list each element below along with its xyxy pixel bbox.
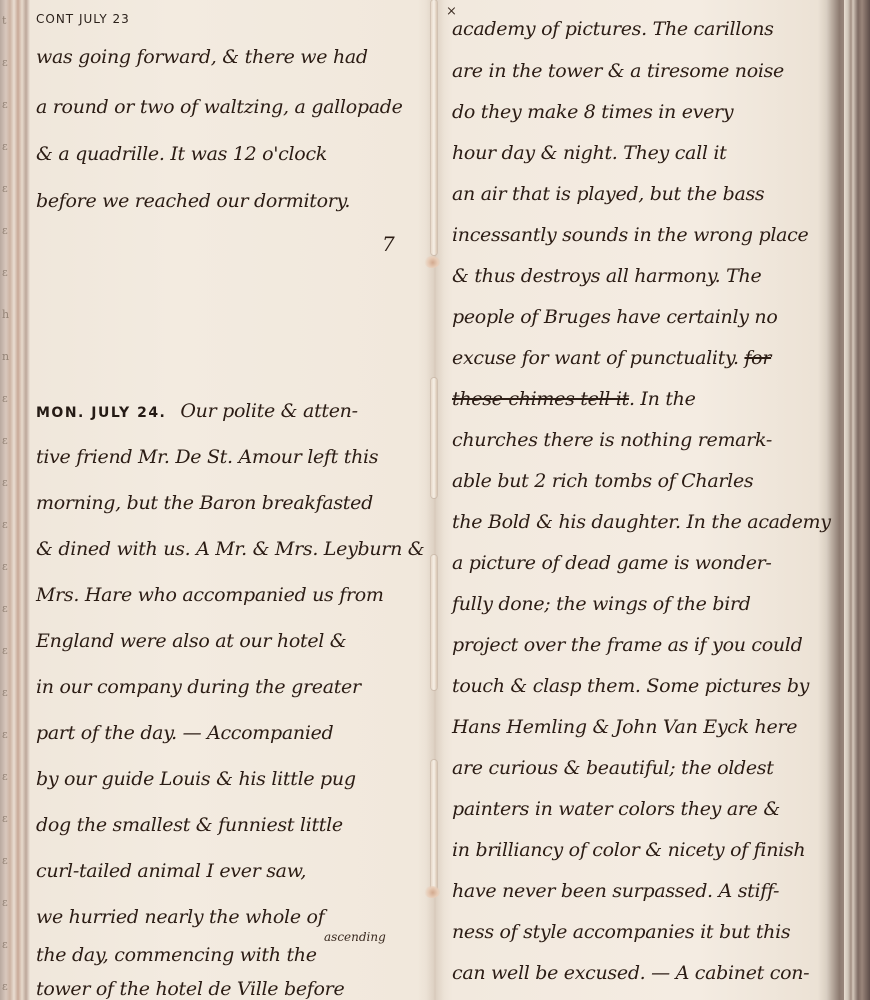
binding-thread [431, 0, 437, 255]
text-line: churches there is nothing remark- [452, 429, 772, 451]
text-line: the day, commencing with the [36, 944, 317, 966]
text-line: Hans Hemling & John Van Eyck here [452, 716, 797, 738]
binding-thread [431, 760, 437, 890]
text-line: are curious & beautiful; the oldest [452, 757, 774, 779]
text-line: do they make 8 times in every [452, 101, 733, 123]
text-line: able but 2 rich tombs of Charles [452, 470, 753, 492]
binding-knot [424, 256, 440, 268]
text-line: ness of style accompanies it but this [452, 921, 790, 943]
struck-text: for [744, 347, 771, 369]
binding-thread [431, 378, 437, 498]
text-line: are in the tower & a tiresome noise [452, 60, 784, 82]
diary-spread: tɛɛɛɛɛɛhnɛɛɛɛɛɛɛɛɛɛɛɛɛɛɛ CONT JULY 23 wa… [0, 0, 870, 1000]
text-line: an air that is played, but the bass [452, 183, 764, 205]
binding-knot [424, 886, 440, 898]
text-line: the Bold & his daughter. In the academy [452, 511, 831, 533]
left-edge-marks: tɛɛɛɛɛɛhnɛɛɛɛɛɛɛɛɛɛɛɛɛɛɛ [2, 0, 14, 1000]
text-line: & thus destroys all harmony. The [452, 265, 761, 287]
text-line: touch & clasp them. Some pictures by [452, 675, 809, 697]
text-line: hour day & night. They call it [452, 142, 726, 164]
text-line: have never been surpassed. A stiff- [452, 880, 779, 902]
text-line: in brilliancy of color & nicety of finis… [452, 839, 805, 861]
insertion-above: ascending [324, 930, 386, 944]
entry-heading-line: MON. JULY 24.Our polite & atten- [36, 400, 358, 422]
text-segment: . In the [629, 388, 696, 410]
text-line: Mrs. Hare who accompanied us from [36, 584, 384, 606]
text-line: was going forward, & there we had [36, 46, 368, 68]
binding-thread [431, 555, 437, 690]
text-line: before we reached our dormitory. [36, 190, 350, 212]
text-line: in our company during the greater [36, 676, 361, 698]
text-line: by our guide Louis & his little pug [36, 768, 356, 790]
text-line: academy of pictures. The carillons [452, 18, 774, 40]
right-page-edges [844, 0, 870, 1000]
text-line: curl-tailed animal I ever saw, [36, 860, 306, 882]
text-line: fully done; the wings of the bird [452, 593, 751, 615]
text-line: a round or two of waltzing, a gallopade [36, 96, 403, 118]
text-line: England were also at our hotel & [36, 630, 346, 652]
insertion-mark: × [446, 4, 457, 19]
text-line: & dined with us. A Mr. & Mrs. Leyburn & [36, 538, 424, 560]
text-line: painters in water colors they are & [452, 798, 780, 820]
struck-text: these chimes tell it [452, 388, 629, 410]
text-line: & a quadrille. It was 12 o'clock [36, 143, 327, 165]
text-line: part of the day. — Accompanied [36, 722, 333, 744]
text-segment: Our polite & atten- [180, 400, 357, 422]
text-segment: excuse for want of punctuality. [452, 347, 739, 369]
text-line: these chimes tell it. In the [452, 388, 696, 410]
text-line: tive friend Mr. De St. Amour left this [36, 446, 378, 468]
text-line: people of Bruges have certainly no [452, 306, 778, 328]
entry-date: MON. JULY 24. [36, 405, 166, 421]
text-line: a picture of dead game is wonder- [452, 552, 772, 574]
right-page: × academy of pictures. The carillons are… [452, 0, 832, 1000]
text-line: can well be excused. — A cabinet con- [452, 962, 809, 984]
text-line: we hurried nearly the whole of [36, 906, 324, 928]
left-page: CONT JULY 23 was going forward, & there … [36, 0, 420, 1000]
text-line: incessantly sounds in the wrong place [452, 224, 808, 246]
text-line: tower of the hotel de Ville before [36, 978, 344, 1000]
text-line: dog the smallest & funniest little [36, 814, 343, 836]
page-header: CONT JULY 23 [36, 12, 130, 26]
page-number: 7 [382, 232, 395, 256]
text-line: excuse for want of punctuality. for [452, 347, 771, 369]
text-line: project over the frame as if you could [452, 634, 802, 656]
text-line: morning, but the Baron breakfasted [36, 492, 373, 514]
